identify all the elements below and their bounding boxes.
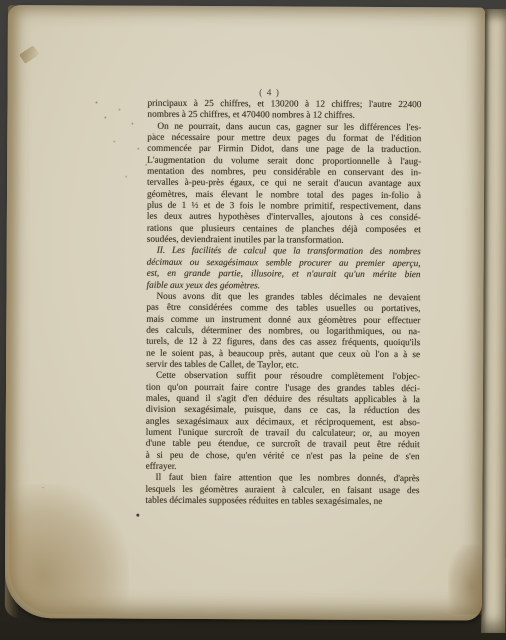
bottom-right-stain (448, 544, 482, 614)
paragraph: On ne pourrait, dans aucun cas, gagner s… (147, 121, 422, 247)
text-line: Il faut bien faire attention que les nom… (145, 473, 419, 486)
paragraph: Cette observation suffit pour résoudre c… (146, 371, 421, 475)
text-line: nombres à 25 chiffres, et 470400 nombres… (147, 110, 421, 123)
text-line: Cette observation suffit pour résoudre c… (146, 371, 420, 384)
paragraph: II. Les facilités de calcul que la trans… (147, 246, 421, 293)
worn-bottom-left-corner (9, 484, 130, 615)
text-line: tables décimales supposées réduites en t… (145, 496, 419, 509)
text-line: turels, de 12 à 22 figures, dans des cas… (146, 337, 420, 350)
text-line: à si peu de chose, qu'en vérité ce n'est… (146, 450, 420, 463)
page-number: ( 4 ) (133, 88, 407, 99)
text-line: d'une table peu étendue, ce surcroît de … (146, 439, 420, 452)
paragraph: principaux à 25 chiffres, et 130200 à 12… (147, 99, 421, 123)
foxing-specks (95, 101, 97, 103)
paragraph: Il faut bien faire attention que les nom… (145, 473, 419, 508)
corner-fold-mark (19, 45, 39, 64)
book-page: ( 4 ) principaux à 25 chiffres, et 13020… (5, 5, 485, 620)
scanned-book-photo: ( 4 ) principaux à 25 chiffres, et 13020… (0, 0, 506, 640)
text-line: pas être considérées comme des tables us… (146, 303, 420, 316)
next-page-edge (481, 9, 506, 633)
paragraph: Nous avons dit que les grandes tables dé… (146, 292, 420, 373)
ink-speck (136, 514, 139, 517)
text-line: division sexagésimale, puisque, dans ce … (146, 405, 420, 418)
text-line: est, en grande partie, illusoire, et n'a… (147, 269, 421, 282)
text-block: principaux à 25 chiffres, et 130200 à 12… (145, 99, 421, 509)
